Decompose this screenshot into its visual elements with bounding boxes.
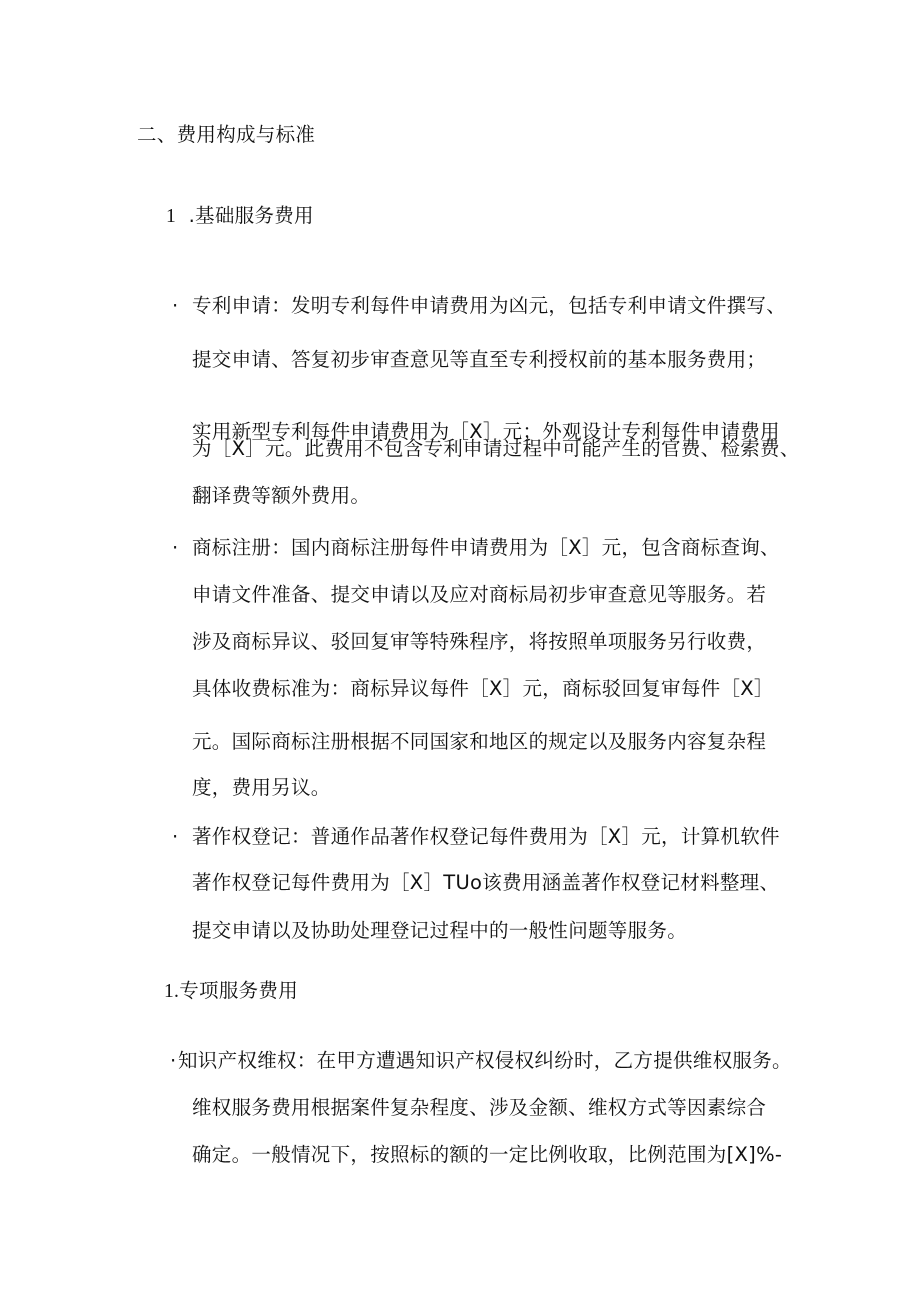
subsection-heading-basic-fees: 1 .基础服务费用 xyxy=(166,204,314,229)
item-line: 翻译费等额外费用。 xyxy=(192,484,370,508)
item-line: 申请文件准备、提交申请以及应对商标局初步审查意见等服务。若 xyxy=(192,583,766,607)
subsection-number: 1. xyxy=(164,981,179,1002)
item-line: 维权服务费用根据案件复杂程度、涉及金额、维权方式等因素综合 xyxy=(192,1096,766,1120)
subsection-number: 1 xyxy=(166,206,176,227)
section-heading: 二、费用构成与标准 xyxy=(137,123,315,147)
item-line: 提交申请以及协助处理登记过程中的一般性问题等服务。 xyxy=(192,919,687,943)
item-line: 著作权登记每件费用为［X］TUo该费用涵盖著作权登记材料整理、 xyxy=(192,871,779,895)
bullet-icon: · xyxy=(172,536,179,560)
item-line: 具体收费标准为：商标异议每件［X］元，商标驳回复审每件［X］ xyxy=(192,677,774,701)
bullet-icon: · xyxy=(172,825,179,849)
item-line: 确定。一般情况下，按照标的额的一定比例收取，比例范围为[X]%- xyxy=(192,1143,782,1167)
subsection-title: 专项服务费用 xyxy=(179,979,298,1002)
subsection-heading-special-fees: 1.专项服务费用 xyxy=(164,979,298,1004)
item-line: 知识产权维权：在甲方遭遇知识产权侵权纠纷时，乙方提供维权服务。 xyxy=(178,1049,792,1073)
item-line: 著作权登记：普通作品著作权登记每件费用为［X］元，计算机软件 xyxy=(192,825,780,849)
item-line: 度，费用另议。 xyxy=(192,776,331,800)
item-line: 专利申请：发明专利每件申请费用为凶元，包括专利申请文件撰写、 xyxy=(192,294,786,318)
item-line: 涉及商标异议、驳回复审等特殊程序，将按照单项服务另行收费， xyxy=(192,630,766,654)
item-line: 元。国际商标注册根据不同国家和地区的规定以及服务内容复杂程 xyxy=(192,730,766,754)
subsection-title: .基础服务费用 xyxy=(189,204,314,227)
item-line: 商标注册：国内商标注册每件申请费用为［X］元，包含商标查询、 xyxy=(192,536,780,560)
bullet-icon: · xyxy=(170,1049,177,1073)
bullet-icon: · xyxy=(172,294,179,318)
item-line: 为［X］元。此费用不包含专利申请过程中可能产生的官费、检索费、 xyxy=(192,437,800,461)
item-line: 提交申请、答复初步审查意见等直至专利授权前的基本服务费用； xyxy=(192,348,766,372)
